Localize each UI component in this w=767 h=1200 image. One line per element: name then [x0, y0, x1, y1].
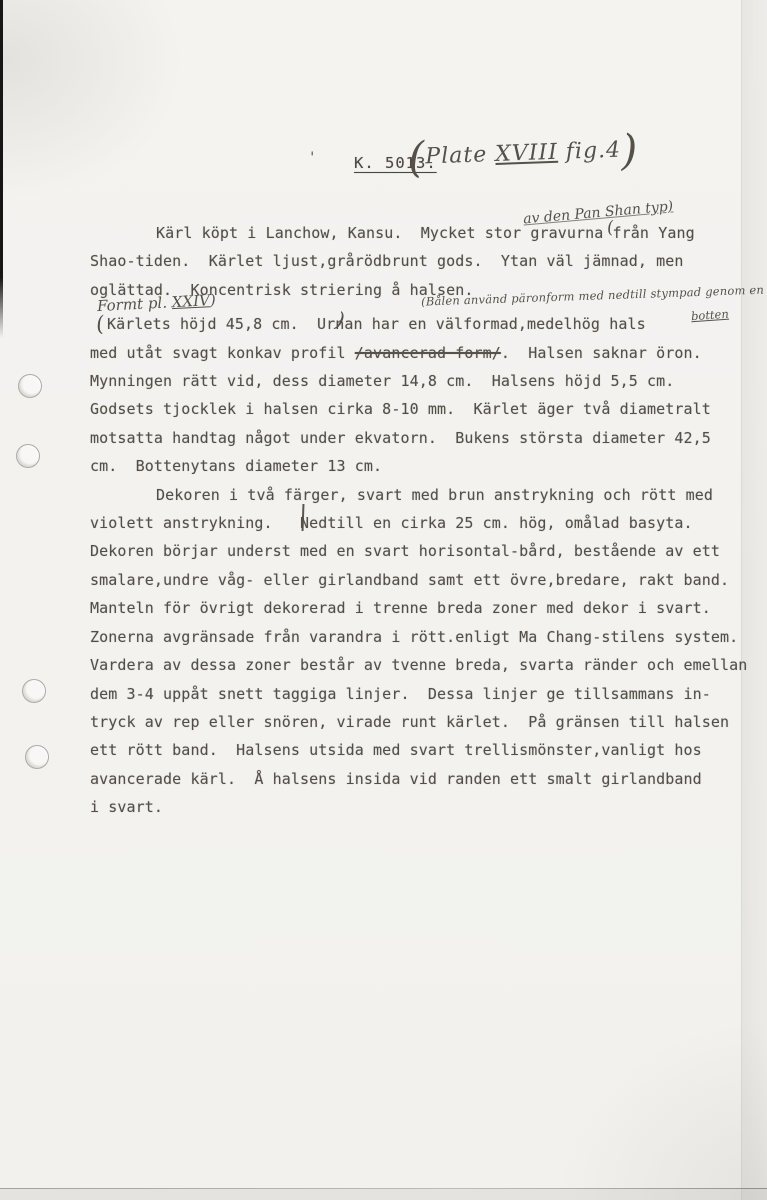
typed-text-segment: Manteln för övrigt dekorerad i trenne br…	[90, 599, 711, 617]
typed-text: Kärl köpt i Lanchow, Kansu. Mycket stor …	[90, 219, 752, 822]
scanned-document-page: ' K. 5013. (Plate XVIII fig.4) av den Pa…	[0, 0, 767, 1200]
plate-roman-numeral: XVIII	[495, 140, 558, 167]
typed-line: Vardera av dessa zoner består av tvenne …	[90, 651, 752, 679]
typed-line: tryck av rep eller snören, virade runt k…	[90, 708, 752, 736]
typed-line: avancerade kärl. Å halsens insida vid ra…	[90, 765, 752, 793]
handwritten-plate-note: (Plate XVIII fig.4)	[408, 137, 639, 170]
typed-text-segment: Zonerna avgränsade från varandra i rött.…	[90, 628, 738, 646]
typed-text-segment: Kärl köpt i Lanchow, Kansu. Mycket stor …	[156, 224, 695, 242]
typed-text-segment: avancerade kärl. Å halsens insida vid ra…	[90, 770, 702, 788]
typed-line: Mynningen rätt vid, dess diameter 14,8 c…	[90, 367, 752, 395]
handwritten-open-paren: (	[407, 132, 426, 182]
typed-text-segment: oglättad. Koncentrisk striering å halsen…	[90, 281, 474, 299]
punch-hole	[18, 374, 42, 398]
typed-text-segment: Vardera av dessa zoner består av tvenne …	[90, 656, 747, 674]
typed-line: violett anstrykning. Nedtill en cirka 25…	[90, 509, 752, 537]
typed-line: Zonerna avgränsade från varandra i rött.…	[90, 623, 752, 651]
typed-text-segment: Mynningen rätt vid, dess diameter 14,8 c…	[90, 372, 674, 390]
typed-line: ett rött band. Halsens utsida med svart …	[90, 736, 752, 764]
typed-text-segment: Dekoren i två färger, svart med brun ans…	[156, 486, 713, 504]
punch-hole	[16, 444, 40, 468]
plate-note-text: Plate	[425, 142, 496, 169]
scan-edge-left	[0, 0, 3, 338]
typed-line: smalare,undre våg- eller girlandband sam…	[90, 566, 752, 594]
scan-edge-bottom-shade	[0, 1189, 767, 1200]
typed-text-segment: med utåt svagt konkav profil	[90, 344, 355, 362]
punch-hole	[25, 745, 49, 769]
typed-text-segment: . Halsen saknar öron.	[501, 344, 702, 362]
typed-text-segment: Dekoren börjar underst med en svart hori…	[90, 542, 720, 560]
typed-line: Manteln för övrigt dekorerad i trenne br…	[90, 594, 752, 622]
typed-line: Shao-tiden. Kärlet ljust,grårödbrunt god…	[90, 247, 752, 275]
typed-line: Dekoren börjar underst med en svart hori…	[90, 537, 752, 565]
stray-pen-tick: '	[308, 150, 316, 166]
typed-text-segment: motsatta handtag något under ekvatorn. B…	[90, 429, 711, 447]
plate-note-fig: fig.4	[557, 138, 621, 165]
typed-text-segment: violett anstrykning. Nedtill en cirka 25…	[90, 514, 693, 532]
typed-line: Godsets tjocklek i halsen cirka 8-10 mm.…	[90, 395, 752, 423]
typed-line: motsatta handtag något under ekvatorn. B…	[90, 424, 752, 452]
typed-text-segment: cm. Bottenytans diameter 13 cm.	[90, 457, 382, 475]
typed-line: med utåt svagt konkav profil /avancerad …	[90, 339, 752, 367]
typed-text-segment: Shao-tiden. Kärlet ljust,grårödbrunt god…	[90, 252, 684, 270]
typed-line: Dekoren i två färger, svart med brun ans…	[90, 481, 752, 509]
typed-line: oglättad. Koncentrisk striering å halsen…	[90, 276, 752, 304]
typed-line: i svart.	[90, 793, 752, 821]
typed-text-segment: smalare,undre våg- eller girlandband sam…	[90, 571, 729, 589]
typed-line: Kärl köpt i Lanchow, Kansu. Mycket stor …	[90, 219, 752, 247]
typed-text-segment: tryck av rep eller snören, virade runt k…	[90, 713, 729, 731]
punch-hole	[22, 679, 46, 703]
handwritten-close-paren: )	[620, 125, 639, 175]
typed-text-segment: Kärlets höjd 45,8 cm. Urnan har en välfo…	[107, 315, 646, 333]
typed-line: Kärlets höjd 45,8 cm. Urnan har en välfo…	[90, 310, 752, 338]
typed-line: cm. Bottenytans diameter 13 cm.	[90, 452, 752, 480]
typed-text-segment: i svart.	[90, 798, 163, 816]
typed-text-segment: ett rött band. Halsens utsida med svart …	[90, 741, 702, 759]
typed-text-segment: Godsets tjocklek i halsen cirka 8-10 mm.…	[90, 400, 711, 418]
typed-line: dem 3-4 uppåt snett taggiga linjer. Dess…	[90, 680, 752, 708]
struck-text: /avancerad form/	[355, 344, 501, 362]
typed-text-segment: dem 3-4 uppåt snett taggiga linjer. Dess…	[90, 685, 711, 703]
